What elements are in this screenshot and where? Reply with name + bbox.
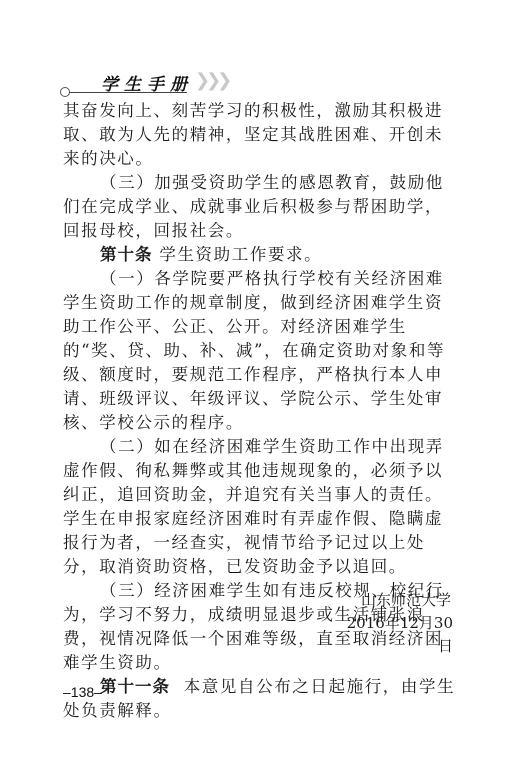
paragraph-text: （二）如在经济困难学生资助工作中出现弄虚作假、徇私舞弊或其他违规现象的，必须予以… bbox=[63, 437, 444, 576]
article-heading: 第十条 学生资助工作要求。 bbox=[63, 243, 457, 267]
signature-block: 山东师范大学 2016年12月30日 bbox=[340, 589, 453, 658]
paragraph-text: （三）加强受资助学生的感恩教育，鼓励他们在完成学业、成就事业后积极参与帮困助学，… bbox=[63, 173, 444, 240]
paragraph-item: （二）如在经济困难学生资助工作中出现弄虚作假、徇私舞弊或其他违规现象的，必须予以… bbox=[63, 435, 457, 579]
paragraph-continuation: 其奋发向上、刻苦学习的积极性，激励其积极进取、敢为人先的精神，坚定其战胜困难、开… bbox=[63, 99, 457, 171]
paragraph-text: 学生资助工作要求。 bbox=[153, 245, 323, 264]
paragraph-item: （三）加强受资助学生的感恩教育，鼓励他们在完成学业、成就事业后积极参与帮困助学，… bbox=[63, 171, 457, 243]
article-heading: 第十一条 本意见自公布之日起施行，由学生处负责解释。 bbox=[63, 675, 457, 723]
header-title: 学生手册 bbox=[101, 70, 193, 95]
signature-organization: 山东师范大学 bbox=[340, 589, 453, 612]
paragraph-text: （一）各学院要严格执行学校有关经济困难学生资助工作的规章制度，做到经济困难学生资… bbox=[63, 269, 445, 432]
paragraph-item: （一）各学院要严格执行学校有关经济困难学生资助工作的规章制度，做到经济困难学生资… bbox=[63, 267, 457, 435]
article-number: 第十一条 bbox=[100, 677, 170, 696]
signature-date: 2016年12月30日 bbox=[340, 612, 453, 658]
article-number: 第十条 bbox=[100, 245, 153, 264]
paragraph-text: 其奋发向上、刻苦学习的积极性，激励其积极进取、敢为人先的精神，坚定其战胜困难、开… bbox=[63, 101, 443, 168]
chevron-right-icon: ❯❯❯ bbox=[195, 70, 228, 91]
running-header: 学生手册 ❯❯❯ bbox=[58, 68, 458, 98]
page-number: –138– bbox=[63, 684, 102, 700]
